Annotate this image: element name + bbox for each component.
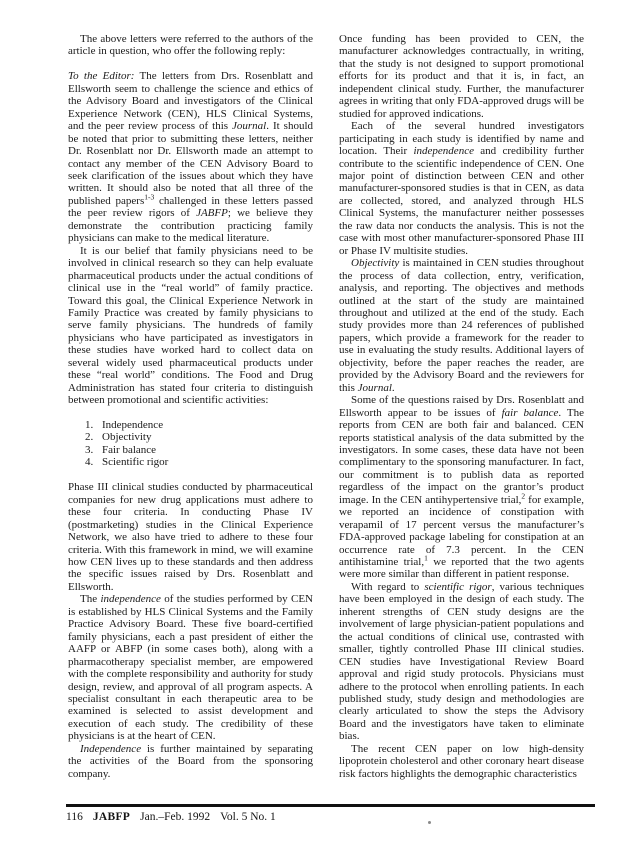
paragraph: The recent CEN paper on low high-density… xyxy=(339,743,584,780)
right-column: Once funding has been provided to CEN, t… xyxy=(339,33,584,780)
footer-rule xyxy=(66,804,595,807)
criteria-item: Scientific rigor xyxy=(96,456,313,468)
criteria-item: Fair balance xyxy=(96,444,313,456)
paragraph: It is our belief that family physicians … xyxy=(68,245,313,407)
paragraph: To the Editor: The letters from Drs. Ros… xyxy=(68,70,313,244)
page-number: 116 xyxy=(66,811,83,823)
scan-speck-artifact xyxy=(428,821,431,824)
criteria-item: Independence xyxy=(96,419,313,431)
left-column: The above letters were referred to the a… xyxy=(68,33,313,780)
paragraph: Once funding has been provided to CEN, t… xyxy=(339,33,584,120)
page-footer: 116JABFPJan.–Feb. 1992Vol. 5 No. 1 xyxy=(66,810,276,824)
paragraph: Independence is further maintained by se… xyxy=(68,743,313,780)
paragraph: Some of the questions raised by Drs. Ros… xyxy=(339,394,584,581)
paragraph: Objectivity is maintained in CEN studies… xyxy=(339,257,584,394)
issue-date: Jan.–Feb. 1992 xyxy=(140,811,210,823)
paragraph: Phase III clinical studies conducted by … xyxy=(68,481,313,593)
paragraph: The above letters were referred to the a… xyxy=(68,33,313,58)
criteria-item: Objectivity xyxy=(96,431,313,443)
volume-number: Vol. 5 No. 1 xyxy=(220,811,276,823)
criteria-list: IndependenceObjectivityFair balanceScien… xyxy=(68,419,313,469)
paragraph: The independence of the studies performe… xyxy=(68,593,313,742)
scanned-journal-page: The above letters were referred to the a… xyxy=(0,0,620,854)
journal-abbreviation: JABFP xyxy=(93,811,130,823)
article-body: The above letters were referred to the a… xyxy=(68,33,584,780)
paragraph: With regard to scientific rigor, various… xyxy=(339,581,584,743)
paragraph: Each of the several hundred investigator… xyxy=(339,120,584,257)
